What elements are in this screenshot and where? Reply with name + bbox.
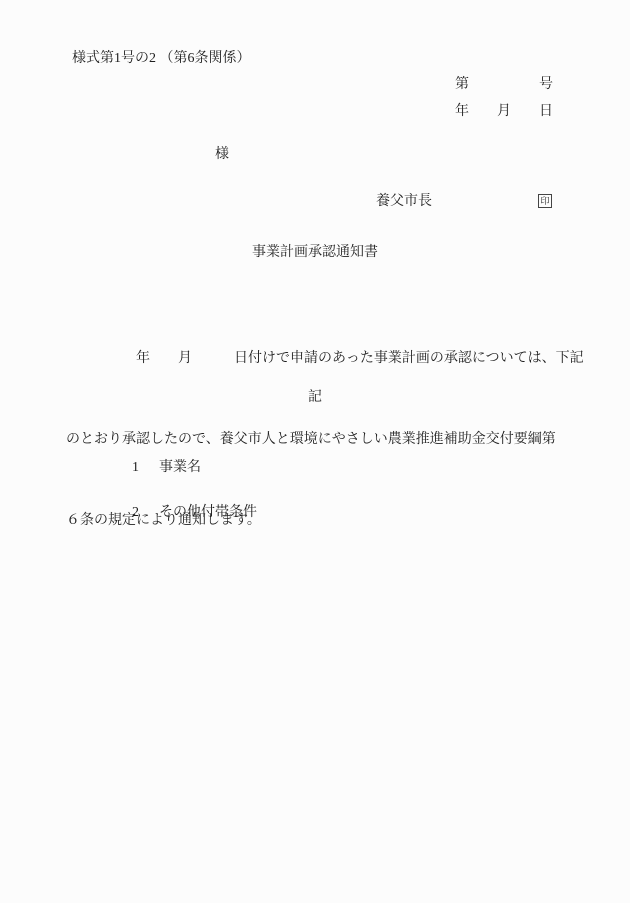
- document-date-line: 年 月 日: [455, 103, 553, 121]
- addressee-honorific: 様: [215, 146, 229, 164]
- document-number-line: 第 号: [455, 76, 553, 94]
- document-page: 様式第1号の2 （第6条関係） 第 号 年 月 日 様 養父市長 印 事業計画承…: [0, 0, 630, 903]
- document-title: 事業計画承認通知書: [0, 244, 630, 262]
- item-number: 2: [132, 504, 159, 522]
- list-item-2: 2その他付帯条件: [118, 486, 257, 540]
- form-number-label: 様式第1号の2 （第6条関係）: [72, 50, 251, 68]
- seal-placeholder-box: 印: [538, 194, 552, 208]
- body-line-1: 年 月 日付けで申請のあった事業計画の承認については、下記: [66, 345, 582, 372]
- item-number: 1: [132, 459, 159, 477]
- item-label: 事業名: [159, 460, 201, 475]
- record-marker: 記: [0, 389, 630, 407]
- body-paragraph: 年 月 日付けで申請のあった事業計画の承認については、下記 のとおり承認したので…: [66, 291, 582, 588]
- item-label: その他付帯条件: [159, 505, 257, 520]
- sender-title: 養父市長: [376, 193, 432, 211]
- seal-character: 印: [540, 196, 549, 206]
